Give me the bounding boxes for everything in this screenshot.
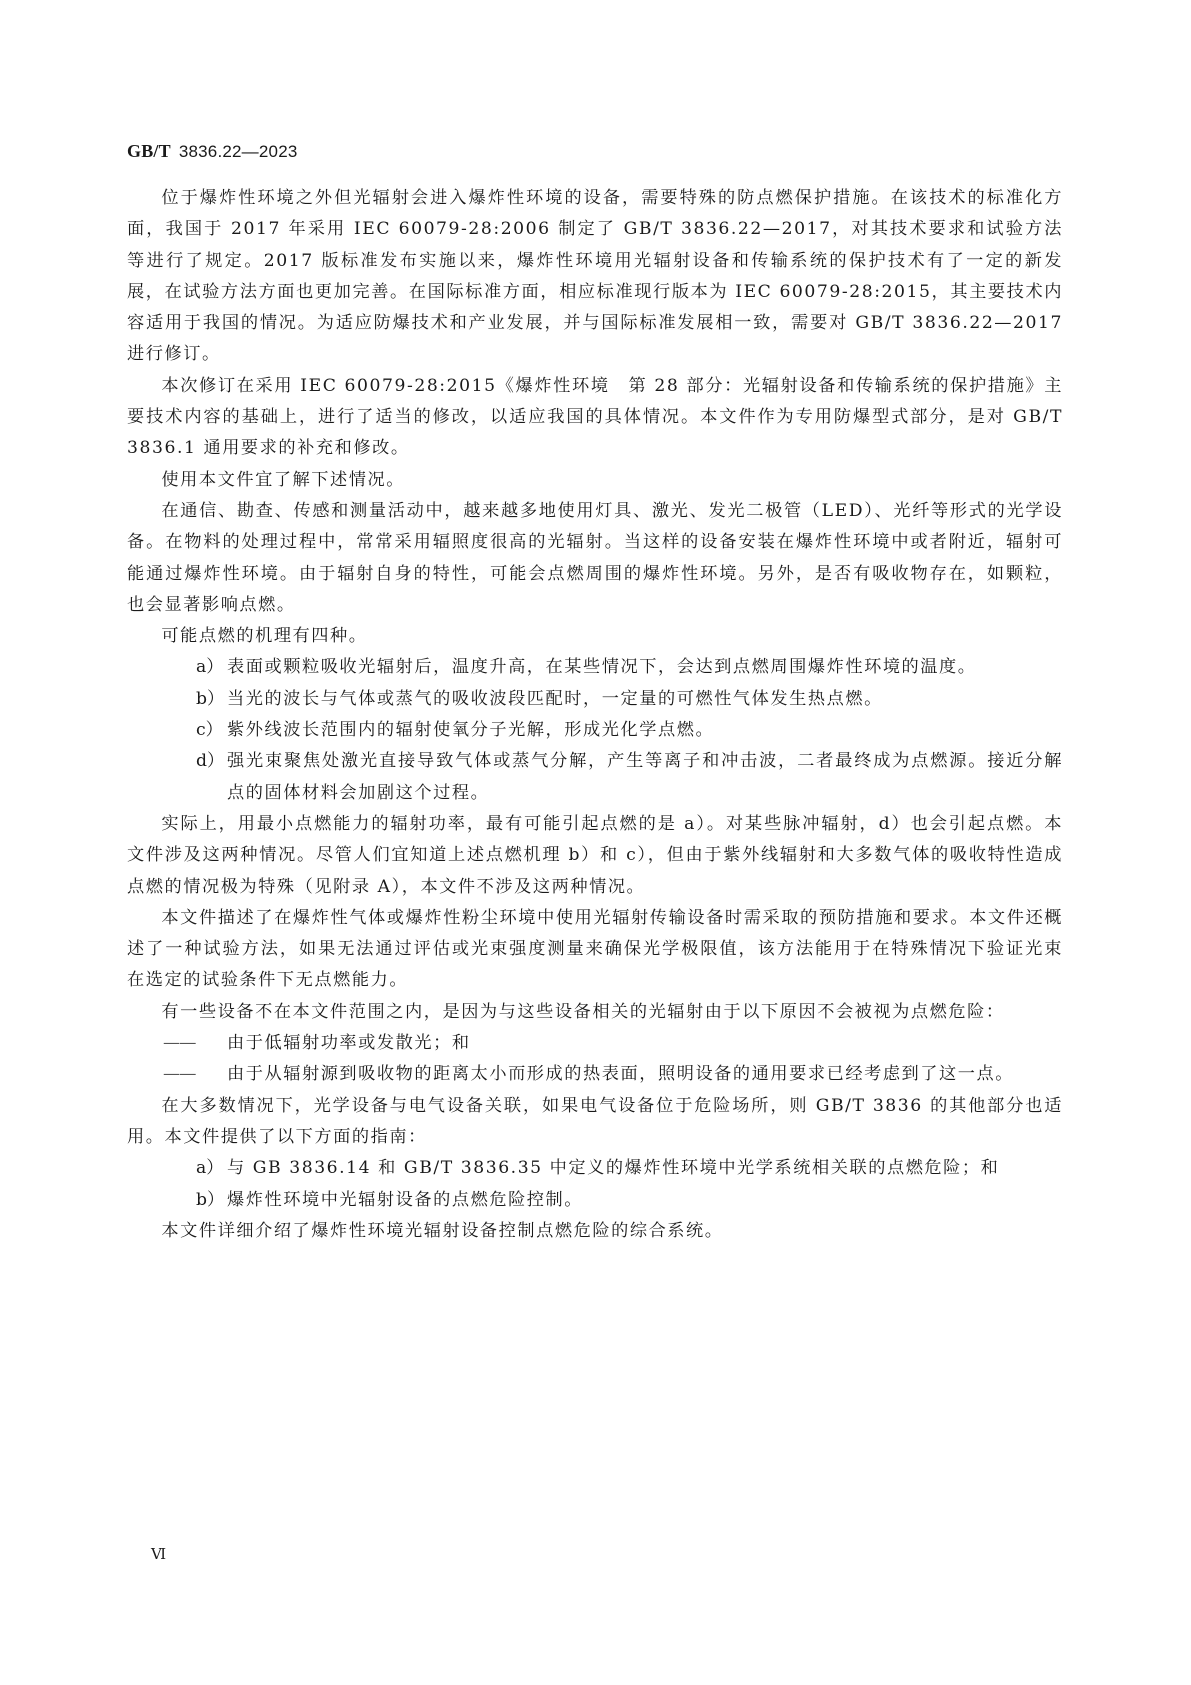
paragraph-optical-equipment: 在通信、勘查、传感和测量活动中，越来越多地使用灯具、激光、发光二极管（LED）、… [127,496,1063,621]
list-item-text: 当光的波长与气体或蒸气的吸收波段匹配时，一定量的可燃性气体发生热点燃。 [227,689,883,709]
list-item: —— 由于低辐射功率或发散光；和 [127,1028,1063,1059]
paragraph-mechanisms-intro: 可能点燃的机理有四种。 [127,621,1063,652]
list-item: —— 由于从辐射源到吸收物的距离太小而形成的热表面，照明设备的通用要求已经考虑到… [127,1059,1063,1090]
paragraph-exclusions-intro: 有一些设备不在本文件范围之内，是因为与这些设备相关的光辐射由于以下原因不会被视为… [127,997,1063,1028]
list-item-text: 由于低辐射功率或发散光；和 [227,1033,471,1053]
list-marker: c） [196,715,223,746]
list-marker: a） [196,1153,223,1184]
list-marker: b） [196,684,224,715]
list-item-text: 紫外线波长范围内的辐射使氧分子光解，形成光化学点燃。 [227,720,714,740]
list-item-text: 由于从辐射源到吸收物的距离太小而形成的热表面，照明设备的通用要求已经考虑到了这一… [227,1064,1014,1084]
paragraph-revision: 本次修订在采用 IEC 60079-28:2015《爆炸性环境 第 28 部分：… [127,371,1063,465]
dash-marker: —— [163,1028,195,1059]
paragraph-practical-ignition: 实际上，用最小点燃能力的辐射功率，最有可能引起点燃的是 a）。对某些脉冲辐射，d… [127,809,1063,903]
list-marker: d） [196,746,224,777]
list-marker: a） [196,652,223,683]
paragraph-background: 位于爆炸性环境之外但光辐射会进入爆炸性环境的设备，需要特殊的防点燃保护措施。在该… [127,183,1063,371]
dash-marker: —— [163,1059,195,1090]
standard-code: GB/T [127,141,171,161]
list-item-text: 爆炸性环境中光辐射设备的点燃危险控制。 [227,1190,583,1210]
list-item-text: 与 GB 3836.14 和 GB/T 3836.35 中定义的爆炸性环境中光学… [227,1158,999,1178]
guidance-list: a） 与 GB 3836.14 和 GB/T 3836.35 中定义的爆炸性环境… [127,1153,1063,1216]
list-item: c） 紫外线波长范围内的辐射使氧分子光解，形成光化学点燃。 [127,715,1063,746]
document-header: GB/T3836.22—2023 [127,140,298,163]
list-item: a） 表面或颗粒吸收光辐射后，温度升高，在某些情况下，会达到点燃周围爆炸性环境的… [127,652,1063,683]
paragraph-scope-description: 本文件描述了在爆炸性气体或爆炸性粉尘环境中使用光辐射传输设备时需采取的预防措施和… [127,903,1063,997]
list-item: a） 与 GB 3836.14 和 GB/T 3836.35 中定义的爆炸性环境… [127,1153,1063,1184]
paragraph-summary: 本文件详细介绍了爆炸性环境光辐射设备控制点燃危险的综合系统。 [127,1216,1063,1247]
list-item: b） 当光的波长与气体或蒸气的吸收波段匹配时，一定量的可燃性气体发生热点燃。 [127,684,1063,715]
list-item-text: 强光束聚焦处激光直接导致气体或蒸气分解，产生等离子和冲击波，二者最终成为点燃源。… [227,751,1063,802]
list-item-text: 表面或颗粒吸收光辐射后，温度升高，在某些情况下，会达到点燃周围爆炸性环境的温度。 [227,657,977,677]
document-body: 位于爆炸性环境之外但光辐射会进入爆炸性环境的设备，需要特殊的防点燃保护措施。在该… [127,183,1063,1247]
list-item: b） 爆炸性环境中光辐射设备的点燃危险控制。 [127,1185,1063,1216]
page-number: Ⅵ [151,1545,166,1564]
list-marker: b） [196,1185,224,1216]
list-item: d） 强光束聚焦处激光直接导致气体或蒸气分解，产生等离子和冲击波，二者最终成为点… [127,746,1063,809]
standard-number: 3836.22—2023 [179,142,298,161]
paragraph-electrical-association: 在大多数情况下，光学设备与电气设备关联，如果电气设备位于危险场所，则 GB/T … [127,1091,1063,1154]
exclusion-list: —— 由于低辐射功率或发散光；和 —— 由于从辐射源到吸收物的距离太小而形成的热… [127,1028,1063,1091]
paragraph-usage-note: 使用本文件宜了解下述情况。 [127,465,1063,496]
ignition-mechanism-list: a） 表面或颗粒吸收光辐射后，温度升高，在某些情况下，会达到点燃周围爆炸性环境的… [127,652,1063,808]
